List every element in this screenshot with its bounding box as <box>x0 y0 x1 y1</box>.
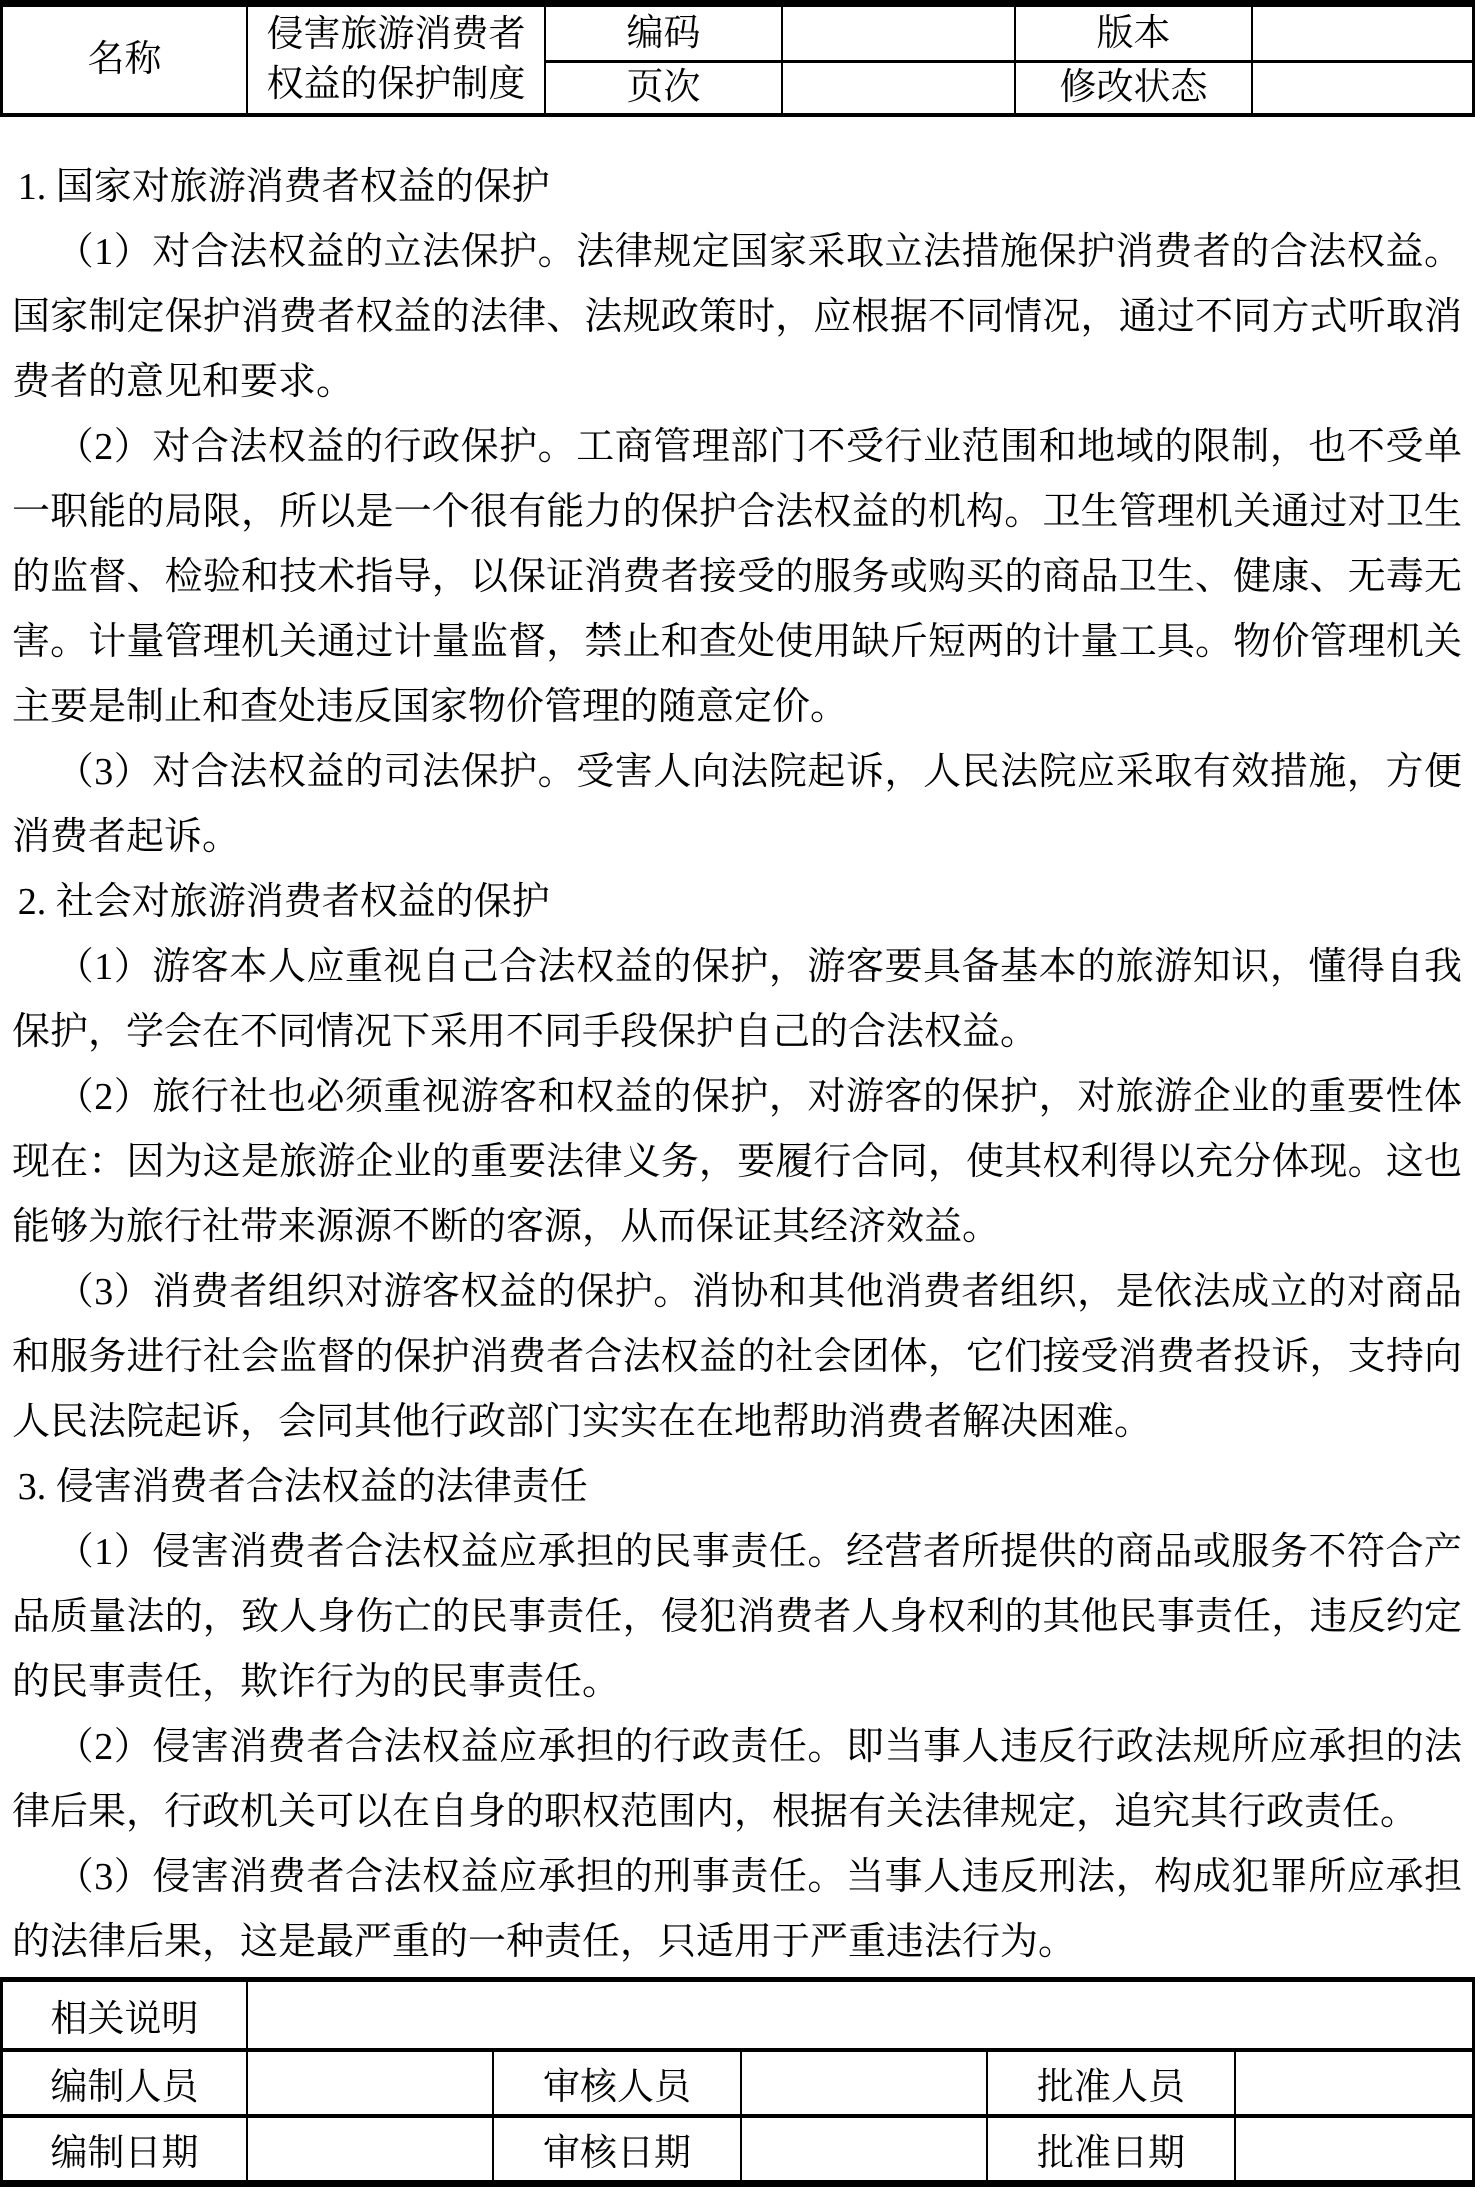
related-notes-label: 相关说明 <box>3 1982 246 2048</box>
body-paragraph-para: （3）消费者组织对游客权益的保护。消协和其他消费者组织，是依法成立的对商品和服务… <box>12 1260 1462 1455</box>
body-paragraph-para: （3）对合法权益的司法保护。受害人向法院起诉，人民法院应采取有效措施，方便消费者… <box>12 740 1462 870</box>
page-number-value-cell <box>781 60 1014 113</box>
document-page: 名称 侵害旅游消费者 权益的保护制度 编码 版本 页次 修改状态 1. 国家对旅… <box>0 0 1475 2187</box>
body-paragraph-para: （2）侵害消费者合法权益应承担的行政责任。即当事人违反行政法规所应承担的法律后果… <box>12 1715 1462 1845</box>
approved-date-value-cell <box>1234 2114 1472 2180</box>
prepared-date-label: 编制日期 <box>3 2114 246 2180</box>
body-paragraph-para: （1）侵害消费者合法权益应承担的民事责任。经营者所提供的商品或服务不符合产品质量… <box>12 1520 1462 1715</box>
body-paragraph-heading: 2. 社会对旅游消费者权益的保护 <box>12 870 1462 935</box>
version-value-cell <box>1251 7 1472 60</box>
body-paragraph-para: （1）游客本人应重视自己合法权益的保护，游客要具备基本的旅游知识，懂得自我保护，… <box>12 935 1462 1065</box>
name-label: 名称 <box>3 7 246 113</box>
reviewed-date-value-cell <box>740 2114 986 2180</box>
code-label: 编码 <box>544 7 781 60</box>
approved-by-label: 批准人员 <box>986 2048 1234 2114</box>
version-label: 版本 <box>1014 7 1251 60</box>
reviewed-date-label: 审核日期 <box>492 2114 740 2180</box>
document-body: 1. 国家对旅游消费者权益的保护（1）对合法权益的立法保护。法律规定国家采取立法… <box>0 117 1475 1977</box>
document-title-line1: 侵害旅游消费者 <box>267 10 526 60</box>
prepared-by-value-cell <box>246 2048 492 2114</box>
prepared-date-value-cell <box>246 2114 492 2180</box>
header-table: 名称 侵害旅游消费者 权益的保护制度 编码 版本 页次 修改状态 <box>0 0 1475 117</box>
body-paragraph-para: （2）对合法权益的行政保护。工商管理部门不受行业范围和地域的限制，也不受单一职能… <box>12 415 1462 740</box>
body-paragraph-para: （2）旅行社也必须重视游客和权益的保护，对游客的保护，对旅游企业的重要性体现在：… <box>12 1065 1462 1260</box>
related-notes-value-cell <box>246 1982 1472 2048</box>
body-paragraph-heading: 1. 国家对旅游消费者权益的保护 <box>12 155 1462 220</box>
revision-status-label: 修改状态 <box>1014 60 1251 113</box>
approved-date-label: 批准日期 <box>986 2114 1234 2180</box>
approved-by-value-cell <box>1234 2048 1472 2114</box>
page-number-label: 页次 <box>544 60 781 113</box>
body-paragraph-para: （1）对合法权益的立法保护。法律规定国家采取立法措施保护消费者的合法权益。国家制… <box>12 220 1462 415</box>
document-title: 侵害旅游消费者 权益的保护制度 <box>246 7 544 113</box>
body-paragraph-para: （3）侵害消费者合法权益应承担的刑事责任。当事人违反刑法，构成犯罪所应承担的法律… <box>12 1845 1462 1975</box>
document-title-line2: 权益的保护制度 <box>267 60 526 110</box>
code-value-cell <box>781 7 1014 60</box>
reviewed-by-value-cell <box>740 2048 986 2114</box>
revision-status-value-cell <box>1251 60 1472 113</box>
body-paragraph-heading: 3. 侵害消费者合法权益的法律责任 <box>12 1455 1462 1520</box>
footer-table: 相关说明 编制人员 审核人员 批准人员 编制日期 审核日期 批准日期 <box>0 1977 1475 2187</box>
reviewed-by-label: 审核人员 <box>492 2048 740 2114</box>
prepared-by-label: 编制人员 <box>3 2048 246 2114</box>
